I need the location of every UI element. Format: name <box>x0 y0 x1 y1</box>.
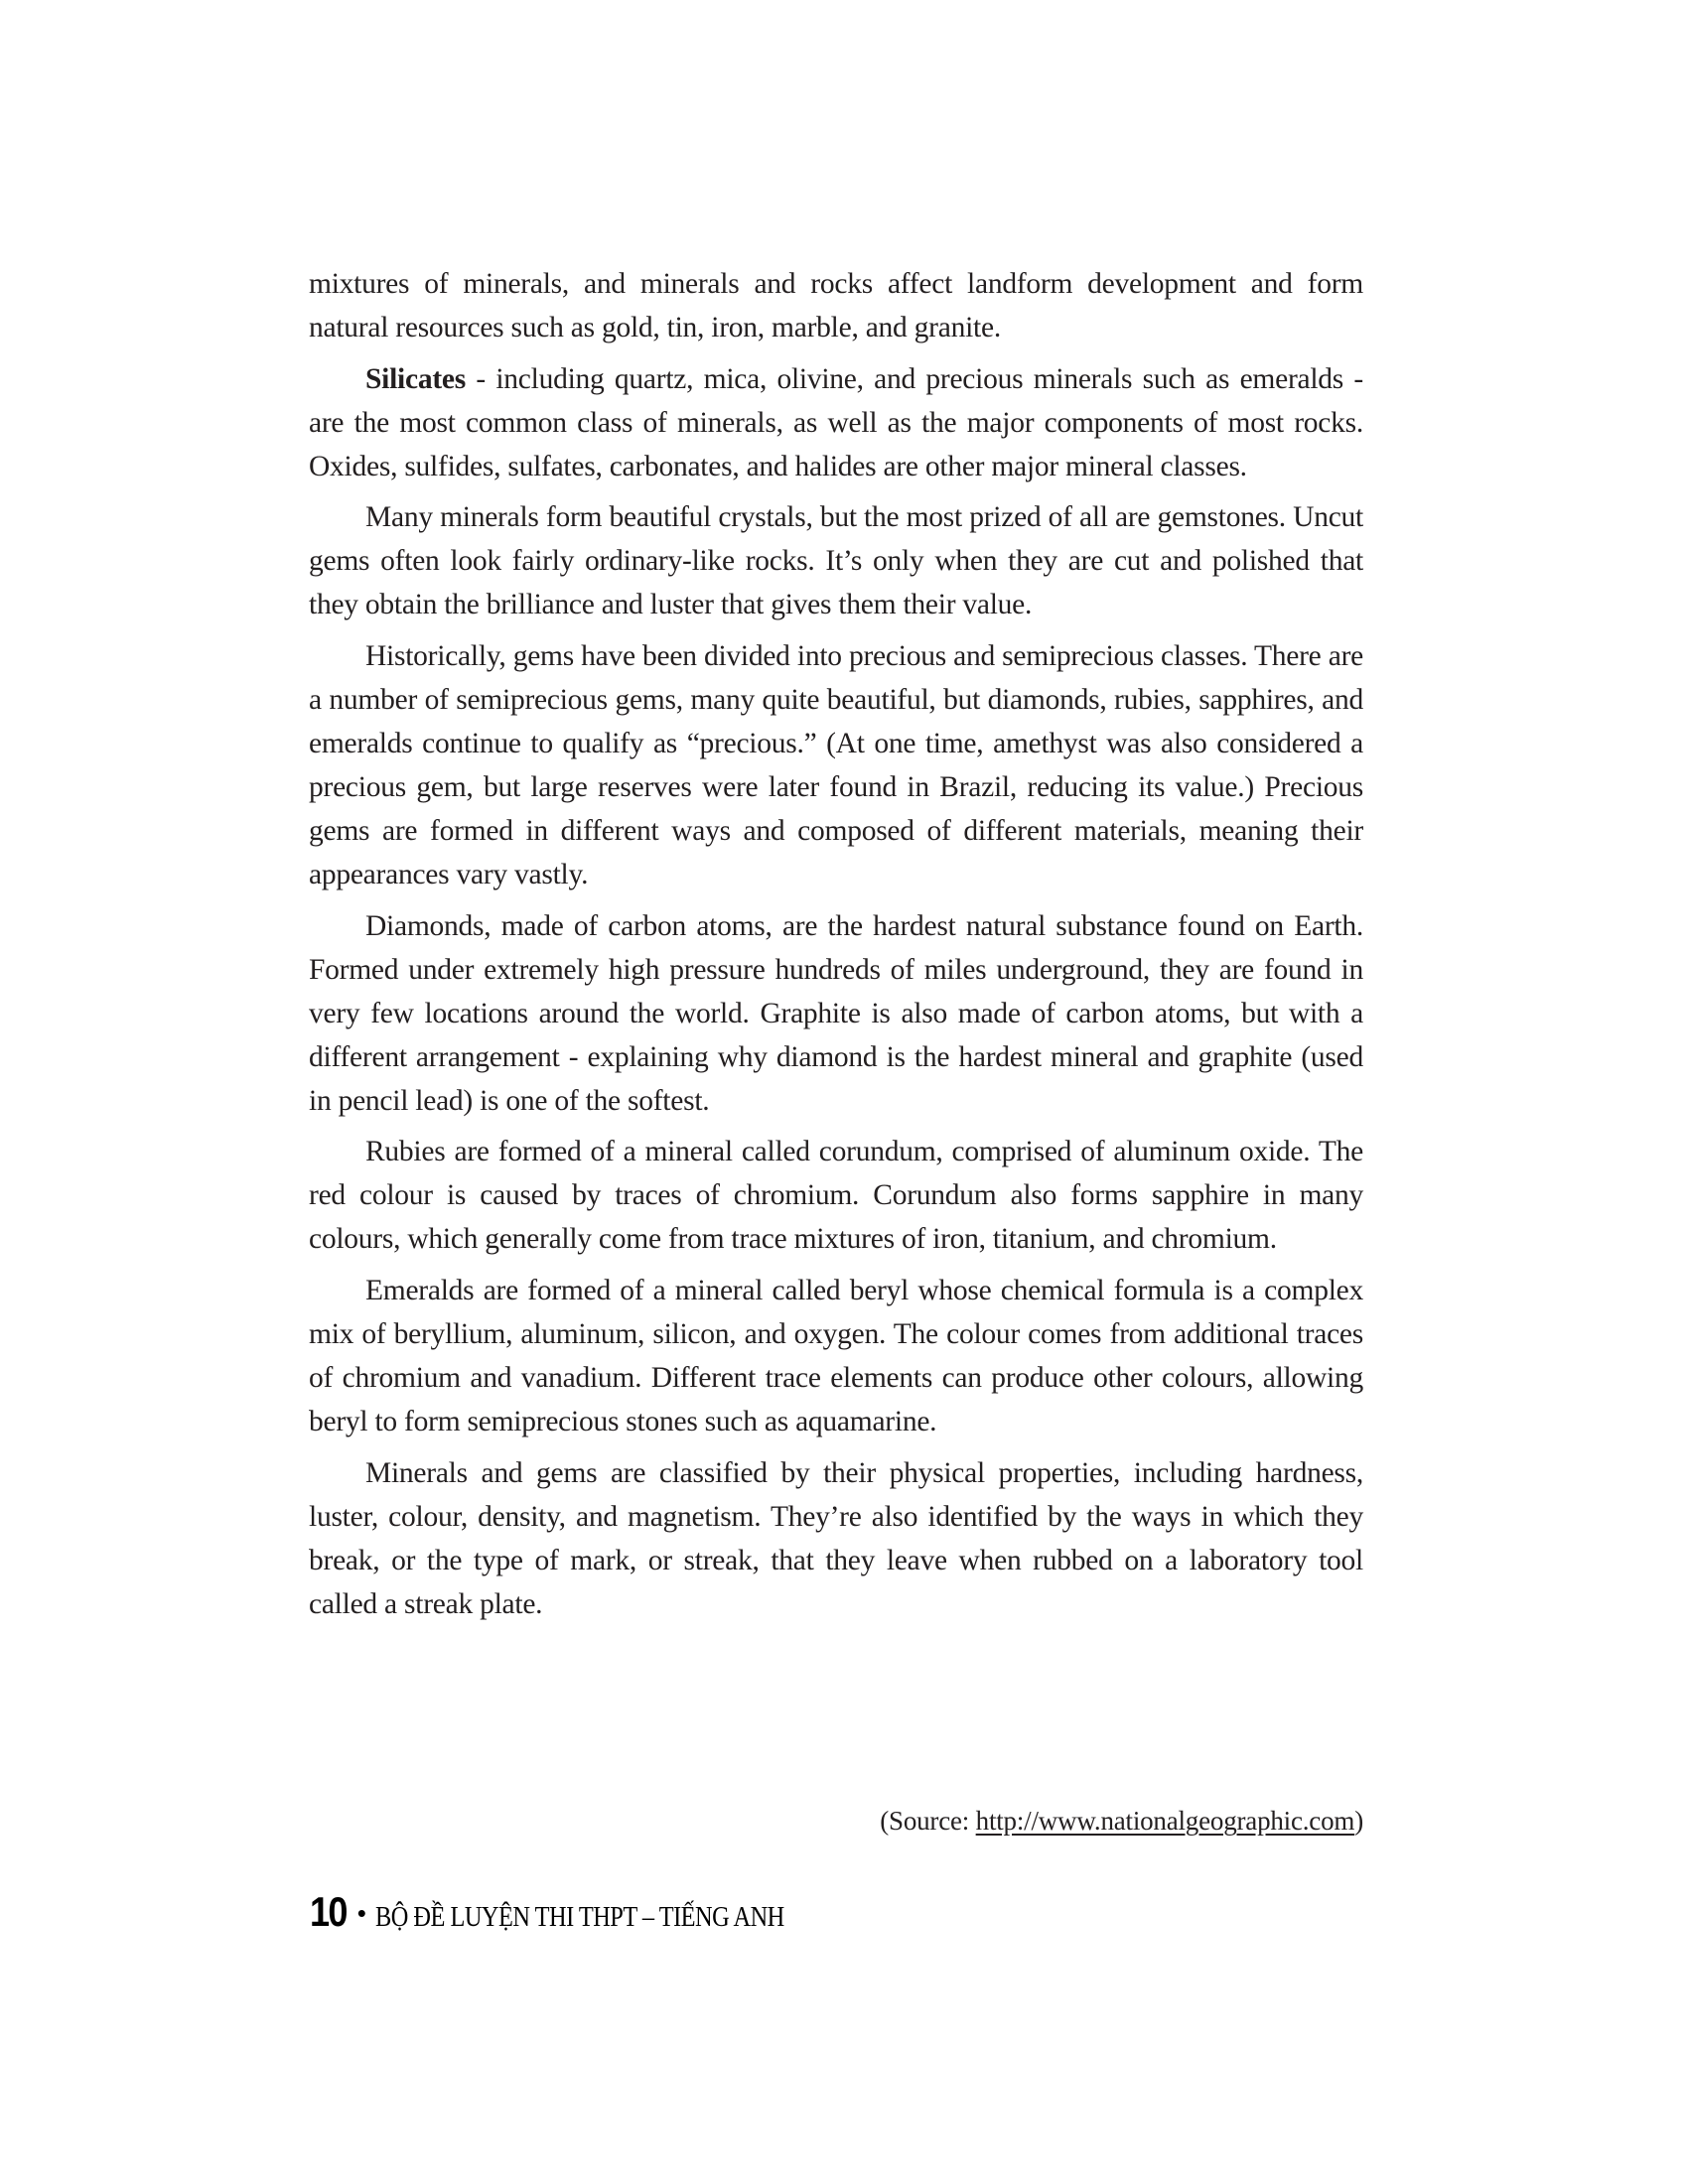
paragraph-classification: Minerals and gems are classified by thei… <box>309 1451 1363 1626</box>
source-citation: (Source: http://www.nationalgeographic.c… <box>880 1803 1363 1839</box>
paragraph-emeralds: Emeralds are formed of a mineral called … <box>309 1269 1363 1443</box>
bold-term-silicates: Silicates <box>365 363 466 395</box>
paragraph-gemstones: Many minerals form beautiful crystals, b… <box>309 495 1363 626</box>
bullet-separator-icon: • <box>357 1898 366 1929</box>
paragraph-text: Rubies are formed of a mineral called co… <box>309 1136 1363 1255</box>
paragraph-rubies: Rubies are formed of a mineral called co… <box>309 1130 1363 1261</box>
paragraph-continuation: mixtures of minerals, and minerals and r… <box>309 262 1363 349</box>
paragraph-history: Historically, gems have been divided int… <box>309 634 1363 896</box>
page-footer: 10 • BỘ ĐỀ LUYỆN THI THPT – TIẾNG ANH <box>310 1890 862 1934</box>
paragraph-text: Diamonds, made of carbon atoms, are the … <box>309 910 1363 1117</box>
paragraph-text: Emeralds are formed of a mineral called … <box>309 1275 1363 1437</box>
paragraph-text: Minerals and gems are classified by thei… <box>309 1457 1363 1620</box>
paragraph-text: Many minerals form beautiful crystals, b… <box>309 501 1363 620</box>
page-number: 10 <box>310 1890 347 1934</box>
paragraph-diamonds: Diamonds, made of carbon atoms, are the … <box>309 904 1363 1123</box>
reading-passage: mixtures of minerals, and minerals and r… <box>309 262 1363 1634</box>
source-suffix: ) <box>1354 1806 1363 1836</box>
paragraph-silicates: Silicates - including quartz, mica, oliv… <box>309 357 1363 488</box>
source-prefix: (Source: <box>880 1806 975 1836</box>
document-page: mixtures of minerals, and minerals and r… <box>0 0 1688 2184</box>
paragraph-text: - including quartz, mica, olivine, and p… <box>309 363 1363 482</box>
paragraph-text: Historically, gems have been divided int… <box>309 640 1363 890</box>
paragraph-text: mixtures of minerals, and minerals and r… <box>309 268 1363 343</box>
book-title: BỘ ĐỀ LUYỆN THI THPT – TIẾNG ANH <box>375 1901 784 1934</box>
source-link[interactable]: http://www.nationalgeographic.com <box>976 1806 1355 1836</box>
